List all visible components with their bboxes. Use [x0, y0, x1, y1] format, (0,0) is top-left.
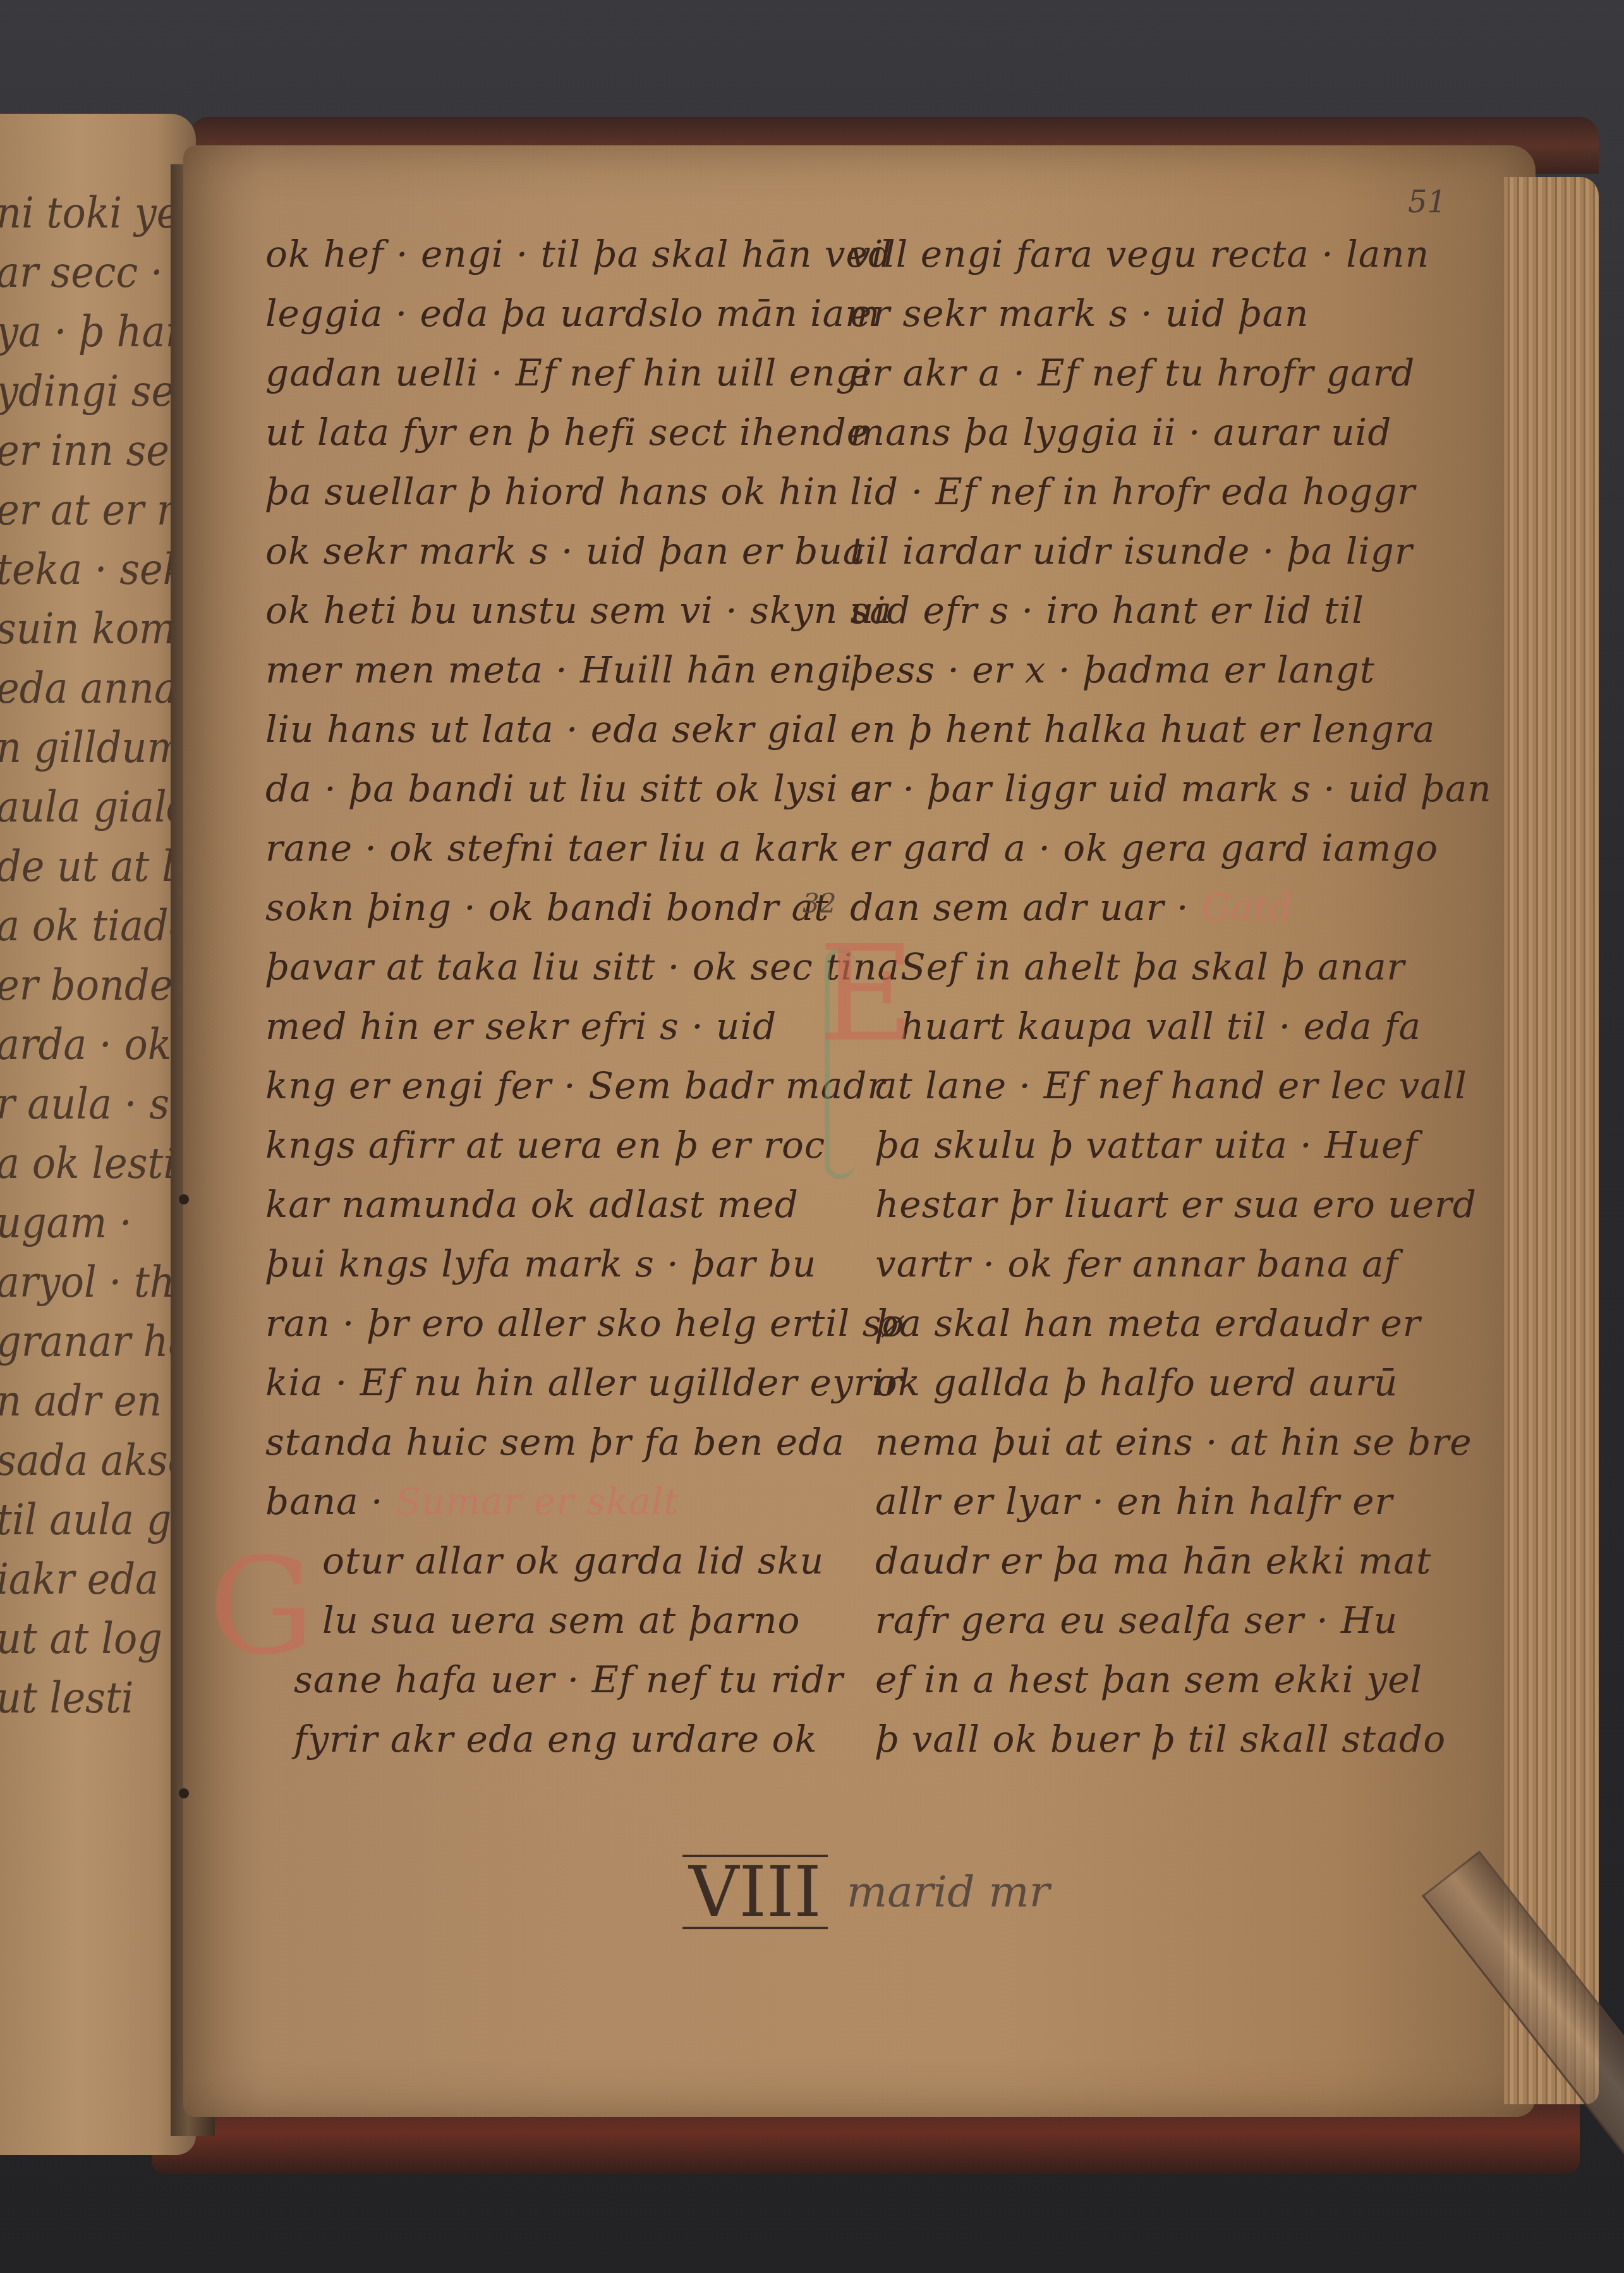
left-page-fragment: ni toki yemidar secc · a kulya · þ hant …	[0, 114, 196, 2155]
text-line: sokn þing · ok bandi bondr at	[265, 878, 821, 937]
left-page-line: r aula · sec m	[0, 1078, 196, 1129]
left-page-line: sada aksett	[0, 1434, 196, 1485]
left-page-line: granar hant	[0, 1316, 196, 1366]
left-page-line: eda annat lugi	[0, 662, 196, 713]
left-page-line: ut lesti	[0, 1672, 134, 1723]
left-page-line: a ok lesti	[0, 1137, 176, 1188]
left-page-line: er inn setti · Ath	[0, 425, 196, 475]
left-page-line: ydingi sekr mar	[0, 365, 196, 416]
text-line: lu sua uera sem at þarno	[265, 1591, 821, 1650]
left-page-line: suin kome iak	[0, 603, 196, 653]
text-line: ok hef · engi · til þa skal hān ved	[265, 224, 821, 284]
text-line: nema þui at eins · at hin se bre	[850, 1412, 1431, 1472]
text-line: er sekr mark s · uid þan	[850, 284, 1431, 343]
text-line: ok sekr mark s · uid þan er bua	[265, 521, 821, 581]
text-line: er gard a · ok gera gard iamgo	[850, 818, 1431, 878]
text-line: standa huic sem þr fa ben eda	[265, 1412, 821, 1472]
left-page-line: aula gialdi	[0, 781, 196, 832]
rubric-heading: Sumar er skalt	[384, 1480, 679, 1523]
text-line: Sef in ahelt þa skal þ anar	[850, 937, 1431, 997]
text-line: daudr er þa ma hān ekki mat	[850, 1531, 1431, 1591]
text-line: lid · Ef nef in hrofr eda hoggr	[850, 462, 1431, 521]
text-line: kar namunda ok adlast med	[265, 1175, 821, 1234]
left-page-line: arda · ok uerd	[0, 1019, 196, 1069]
text-line: ok gallda þ halfo uerd aurū	[850, 1353, 1431, 1412]
page-edges	[1504, 177, 1599, 2104]
decorated-initial-a: G	[209, 1529, 315, 1684]
text-line: en þ hent halka huat er lengra	[850, 700, 1431, 759]
left-page-line: a ok tiade lyg	[0, 900, 196, 950]
text-line: bana · Sumar er skalt	[265, 1472, 821, 1531]
text-line: kng er engi fer · Sem badr madr	[265, 1056, 821, 1115]
quire-numeral: VIII	[682, 1855, 828, 1929]
text-line: þess · er x · þadma er langt	[850, 640, 1431, 700]
text-line: þa skulu þ vattar uita · Huef	[850, 1115, 1431, 1175]
marginal-chapter-number: 32	[803, 888, 836, 919]
catchword: VIII marid mr	[682, 1855, 1050, 1929]
catchword-text: marid mr	[847, 1867, 1050, 1917]
text-line: med hin er sekr efri s · uid	[265, 997, 821, 1056]
text-line: ok heti bu unstu sem vi · skyn sa	[265, 581, 821, 640]
text-line: huart kaupa vall til · eda fa	[850, 997, 1431, 1056]
text-line: þ vall ok buer þ til skall stado	[850, 1709, 1431, 1769]
left-page-line: iakr eda eng	[0, 1553, 196, 1604]
sewing-hole	[179, 1194, 189, 1204]
text-column-a: ok hef · engi · til þa skal hān vedleggi…	[265, 224, 821, 1769]
text-column-b: vill engi fara vegu recta · lanner sekr …	[850, 224, 1431, 1769]
text-line: liu hans ut lata · eda sekr gial	[265, 700, 821, 759]
left-page-line: n adr en sa	[0, 1375, 196, 1426]
text-line: ut lata fyr en þ hefi sect ihende	[265, 403, 821, 462]
text-line: vill engi fara vegu recta · lann	[850, 224, 1431, 284]
text-line: þa suellar þ hiord hans ok hin	[265, 462, 821, 521]
text-line: da · þa bandi ut liu sitt ok lysi a	[265, 759, 821, 818]
left-page-line: de ut at logom	[0, 840, 196, 891]
text-line: ef in a hest þan sem ekki yel	[850, 1650, 1431, 1709]
text-line: vartr · ok fer annar bana af	[850, 1234, 1431, 1294]
text-line: þui kngs lyfa mark s · þar bu	[265, 1234, 821, 1294]
left-page-line: aryol · thu	[0, 1256, 196, 1307]
folio-number: 51	[1408, 185, 1446, 220]
text-line: otur allar ok garda lid sku	[265, 1531, 821, 1591]
text-line: til iardar uidr isunde · þa ligr	[850, 521, 1431, 581]
text-line: at lane · Ef nef hand er lec vall	[850, 1056, 1431, 1115]
text-line: þavar at taka liu sitt · ok sec tina	[265, 937, 821, 997]
text-line: allr er lyar · en hin halfr er	[850, 1472, 1431, 1531]
text-line: rafr gera eu sealfa ser · Hu	[850, 1591, 1431, 1650]
decorated-initial-b: E	[818, 916, 915, 1071]
sewing-hole	[179, 1788, 189, 1798]
text-line: gadan uelli · Ef nef hin uill engi	[265, 343, 821, 403]
text-line: rane · ok stefni taer liu a kark	[265, 818, 821, 878]
left-page-line: n gilldum · þa	[0, 722, 196, 772]
text-line: kngs afirr at uera en þ er roc	[265, 1115, 821, 1175]
rubric-heading: Gatd	[1189, 886, 1293, 929]
left-page-line: ar secc · a kul	[0, 246, 196, 297]
left-page-line: er at er med ha	[0, 484, 196, 535]
text-line: þa skal han meta erdaudr er	[850, 1294, 1431, 1353]
left-page-line: ut at log	[0, 1613, 162, 1663]
text-line: uid efr s · iro hant er lid til	[850, 581, 1431, 640]
text-line: sane hafa uer · Ef nef tu ridr	[265, 1650, 821, 1709]
text-line: er · þar liggr uid mark s · uid þan	[850, 759, 1431, 818]
text-line: kia · Ef nu hin aller ugillder eyrir	[265, 1353, 821, 1412]
text-line: mer men meta · Huill hān engi	[265, 640, 821, 700]
left-page-line: er bonde tec	[0, 959, 196, 1010]
text-line: ran · þr ero aller sko helg ertil sø	[265, 1294, 821, 1353]
text-line: dan sem adr uar · Gatd	[850, 878, 1431, 937]
text-line: mans þa lyggia ii · aurar uid	[850, 403, 1431, 462]
left-page-line: til aula gi	[0, 1494, 184, 1544]
text-line: hestar þr liuart er sua ero uerd	[850, 1175, 1431, 1234]
left-page-line: ya · þ hant laku	[0, 306, 196, 356]
text-line: leggia · eda þa uardslo mān iam	[265, 284, 821, 343]
text-line: er akr a · Ef nef tu hrofr gard	[850, 343, 1431, 403]
left-page-line: ni toki yemid	[0, 187, 196, 238]
text-line: fyrir akr eda eng urdare ok	[265, 1709, 821, 1769]
left-page-line: ugam ·	[0, 1197, 132, 1247]
left-page-line: teka · sekr at	[0, 543, 196, 594]
